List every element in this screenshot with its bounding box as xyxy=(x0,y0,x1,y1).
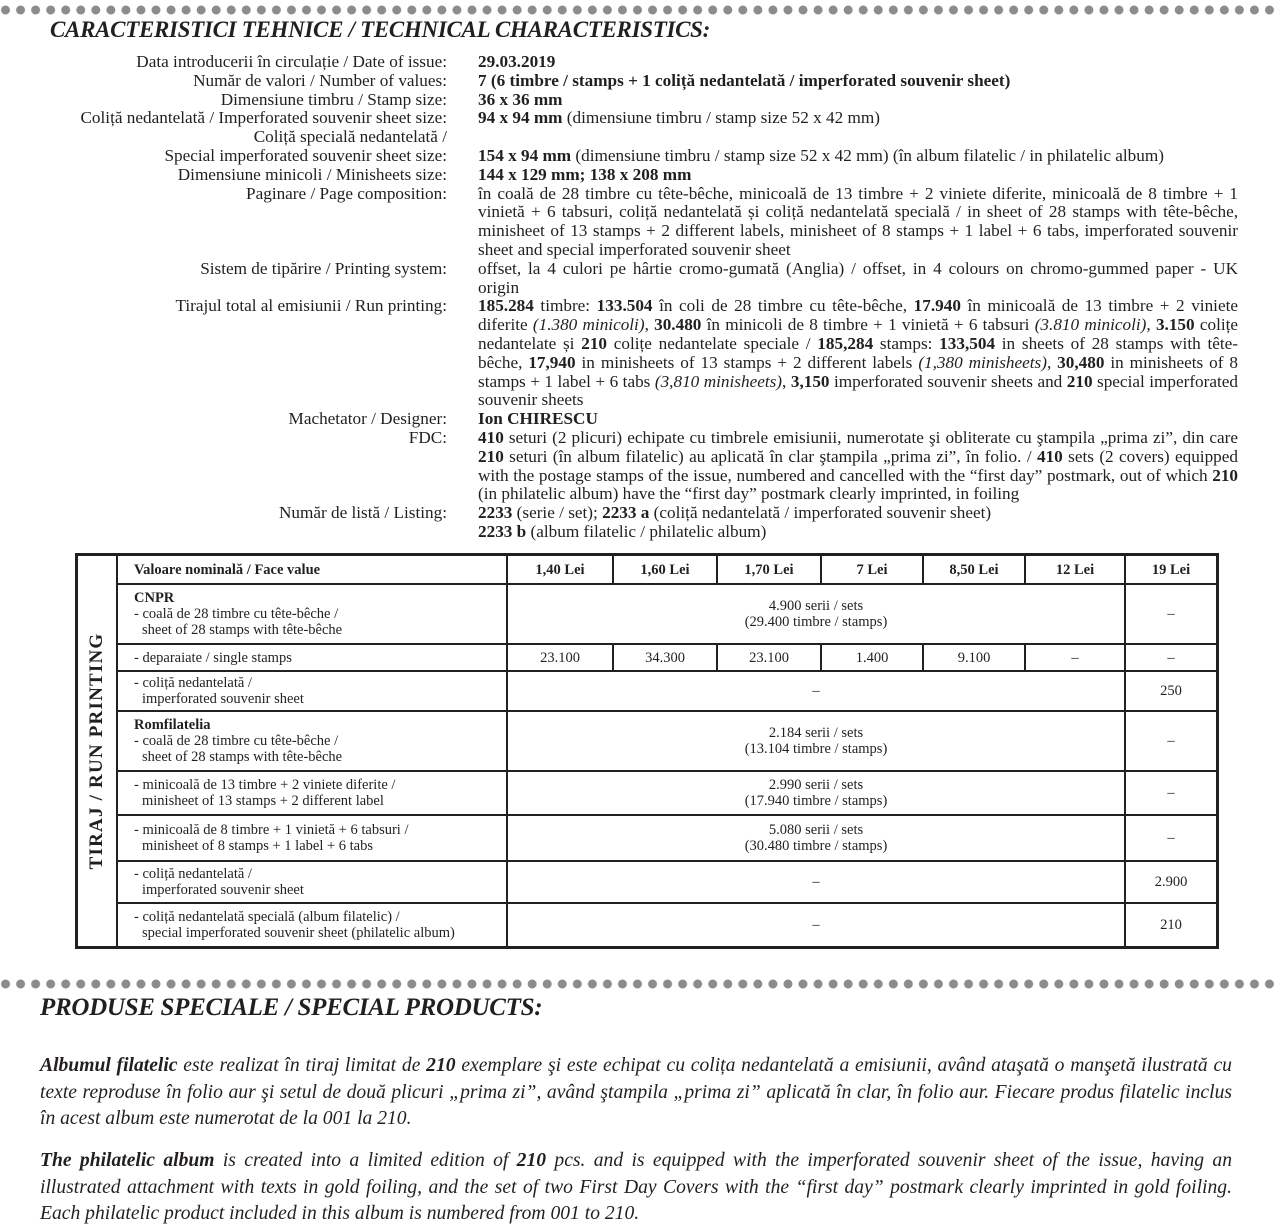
spec-value: în coală de 28 timbre cu tête-bêche, min… xyxy=(478,185,1238,260)
side-label: TIRAJ / RUN PRINTING xyxy=(89,632,105,869)
bold-phrase: 210 xyxy=(426,1055,455,1076)
table-row: - coliță nedantelată /imperforated souve… xyxy=(77,671,1218,711)
row-label-line: minisheet of 8 stamps + 1 label + 6 tabs xyxy=(134,838,506,854)
bold-figure: 410 xyxy=(478,428,504,447)
text-run: in minisheets of 13 stamps + 2 different… xyxy=(576,353,919,372)
spec-fdc: FDC: 410 seturi (2 plicuri) echipate cu … xyxy=(0,429,1280,504)
spec-page-composition: Paginare / Page composition: în coală de… xyxy=(0,185,1280,260)
row-label-line: - coliță nedantelată / xyxy=(134,866,506,882)
text-run: colițe nedantelate speciale / xyxy=(607,334,817,353)
face-value-col: 12 Lei xyxy=(1025,555,1125,585)
bold-figure: 17,940 xyxy=(528,353,575,372)
text-run: seturi (în album filatelic) au aplicată … xyxy=(504,447,1037,466)
bold-figure: 30.480 xyxy=(654,315,701,334)
bold-figure: 410 xyxy=(1037,447,1063,466)
spec-souvenir-sheet-size: Coliță nedantelată / Imperforated souven… xyxy=(0,109,1280,128)
row-description: - minicoală de 13 timbre + 2 viniete dif… xyxy=(117,771,507,815)
text-run: este realizat în tiraj limitat de xyxy=(178,1055,427,1076)
bold-figure: 3,150 xyxy=(791,372,830,391)
spec-value: 410 seturi (2 plicuri) echipate cu timbr… xyxy=(478,429,1238,504)
merged-quantity-cell: 4.900 serii / sets(29.400 timbre / stamp… xyxy=(507,584,1125,644)
quantity-cell: 1.400 xyxy=(821,644,923,671)
spec-label-line: Special imperforated souvenir sheet size… xyxy=(0,147,447,166)
spec-value: Ion CHIRESCU xyxy=(478,410,1238,429)
spec-label: Număr de listă / Listing: xyxy=(0,504,447,542)
face-value-header: Valoare nominală / Face value xyxy=(117,555,507,585)
spec-value: 185.284 timbre: 133.504 în coli de 28 ti… xyxy=(478,297,1238,410)
text-run: (album filatelic / philatelic album) xyxy=(526,522,766,541)
merged-quantity-cell: 2.184 serii / sets(13.104 timbre / stamp… xyxy=(507,711,1125,771)
spec-value: 36 x 36 mm xyxy=(478,91,1238,110)
row-label-line: - minicoală de 13 timbre + 2 viniete dif… xyxy=(134,777,506,793)
row-label-line: imperforated souvenir sheet xyxy=(134,691,506,707)
quantity-line: 4.900 serii / sets xyxy=(508,598,1124,614)
bold-figure: 210 xyxy=(581,334,607,353)
listing-line: 2233 b (album filatelic / philatelic alb… xyxy=(478,523,1238,542)
face-value-col: 19 Lei xyxy=(1125,555,1218,585)
row-description: - coliță nedantelată /imperforated souve… xyxy=(117,671,507,711)
spec-value-rest: (dimensiune timbru / stamp size 52 x 42 … xyxy=(563,108,880,127)
row-label-line: - coală de 28 timbre cu tête-bêche / xyxy=(134,606,506,622)
side-label-cell: TIRAJ / RUN PRINTING xyxy=(77,555,118,948)
bold-figure: 210 xyxy=(1067,372,1093,391)
listing-line: 2233 (serie / set); 2233 a (coliță nedan… xyxy=(478,504,1238,523)
text-run: seturi (2 plicuri) echipate cu timbrele … xyxy=(504,428,1238,447)
row-group-label: CNPR xyxy=(134,590,506,606)
quantity-cell-19-lei: 250 xyxy=(1125,671,1218,711)
face-value-col: 8,50 Lei xyxy=(923,555,1025,585)
quantity-cell-19-lei: – xyxy=(1125,771,1218,815)
row-label-line: - deparaiate / single stamps xyxy=(134,650,506,666)
quantity-cell-19-lei: – xyxy=(1125,711,1218,771)
merged-quantity-cell: 2.990 serii / sets(17.940 timbre / stamp… xyxy=(507,771,1125,815)
quantity-line: 5.080 serii / sets xyxy=(508,822,1124,838)
spec-value: offset, la 4 culori pe hârtie cromo-guma… xyxy=(478,260,1238,298)
bold-phrase: The philatelic album xyxy=(40,1150,215,1171)
quantity-line: (30.480 timbre / stamps) xyxy=(508,838,1124,854)
spec-label: Machetator / Designer: xyxy=(0,410,447,429)
row-description: Romfilatelia- coală de 28 timbre cu tête… xyxy=(117,711,507,771)
row-label-line: - minicoală de 8 timbre + 1 vinietă + 6 … xyxy=(134,822,506,838)
face-value-col: 7 Lei xyxy=(821,555,923,585)
text-run: (in philatelic album) have the “first da… xyxy=(478,484,1019,503)
row-label-line: minisheet of 13 stamps + 2 different lab… xyxy=(134,793,506,809)
italic-note: (1,380 minisheets) xyxy=(918,353,1047,372)
row-label-line: sheet of 28 stamps with tête-bêche xyxy=(134,622,506,638)
merged-quantity-cell: – xyxy=(507,671,1125,711)
table-row: CNPR- coală de 28 timbre cu tête-bêche /… xyxy=(77,584,1218,644)
row-description: - minicoală de 8 timbre + 1 vinietă + 6 … xyxy=(117,815,507,861)
row-label-line: - coliță nedantelată / xyxy=(134,675,506,691)
face-value-col: 1,60 Lei xyxy=(613,555,717,585)
row-description: CNPR- coală de 28 timbre cu tête-bêche /… xyxy=(117,584,507,644)
run-printing-table: TIRAJ / RUN PRINTING Valoare nominală / … xyxy=(75,553,1219,949)
text-run: is created into a limited edition of xyxy=(215,1150,517,1171)
table-row: - minicoală de 8 timbre + 1 vinietă + 6 … xyxy=(77,815,1218,861)
spec-listing: Număr de listă / Listing: 2233 (serie / … xyxy=(0,504,1280,542)
spec-label: Dimensiune minicoli / Minisheets size: xyxy=(0,166,447,185)
face-value-col: 1,70 Lei xyxy=(717,555,821,585)
spec-value: 144 x 129 mm; 138 x 208 mm xyxy=(478,166,1238,185)
spec-minisheets-size: Dimensiune minicoli / Minisheets size: 1… xyxy=(0,166,1280,185)
quantity-line: – xyxy=(508,917,1124,933)
spec-value-rest: (dimensiune timbru / stamp size 52 x 42 … xyxy=(571,146,1164,165)
italic-note: (3.810 minicoli) xyxy=(1035,315,1147,334)
row-label-line: imperforated souvenir sheet xyxy=(134,882,506,898)
bold-phrase: Albumul filatelic xyxy=(40,1055,178,1076)
quantity-cell: – xyxy=(1125,644,1218,671)
special-products-paragraph-ro: Albumul filatelic este realizat în tiraj… xyxy=(40,1053,1232,1133)
spec-label-line: Coliță specială nedantelată / xyxy=(0,128,447,147)
spec-designer: Machetator / Designer: Ion CHIRESCU xyxy=(0,410,1280,429)
text-run: , xyxy=(782,372,791,391)
quantity-line: (13.104 timbre / stamps) xyxy=(508,741,1124,757)
table-row: - coliță nedantelată /imperforated souve… xyxy=(77,861,1218,903)
spec-label: Coliță nedantelată / Imperforated souven… xyxy=(0,109,447,128)
text-run: , xyxy=(1047,353,1057,372)
spec-label: Paginare / Page composition: xyxy=(0,185,447,260)
bold-figure: 2233 xyxy=(478,503,512,522)
quantity-line: – xyxy=(508,874,1124,890)
row-description: - coliță nedantelată specială (album fil… xyxy=(117,903,507,947)
text-run: stamps: xyxy=(873,334,939,353)
technical-characteristics-title: CARACTERISTICI TEHNICE / TECHNICAL CHARA… xyxy=(50,17,710,43)
row-label-line: - coală de 28 timbre cu tête-bêche / xyxy=(134,733,506,749)
spec-special-sheet-size: Coliță specială nedantelată /Special imp… xyxy=(0,128,1280,166)
perforation-divider-top xyxy=(0,4,1280,16)
merged-quantity-cell: 5.080 serii / sets(30.480 timbre / stamp… xyxy=(507,815,1125,861)
spec-label: Data introducerii în circulație / Date o… xyxy=(0,53,447,72)
bold-figure: 133.504 xyxy=(597,296,653,315)
bold-figure: 2233 a xyxy=(602,503,649,522)
perforation-divider-bottom xyxy=(0,978,1280,990)
quantity-cell-19-lei: – xyxy=(1125,584,1218,644)
quantity-cell: – xyxy=(1025,644,1125,671)
bold-figure: 133,504 xyxy=(939,334,995,353)
spec-label: Sistem de tipărire / Printing system: xyxy=(0,260,447,298)
spec-label: Dimensiune timbru / Stamp size: xyxy=(0,91,447,110)
row-group-label: Romfilatelia xyxy=(134,717,506,733)
spec-value: 29.03.2019 xyxy=(478,53,1238,72)
quantity-cell: 9.100 xyxy=(923,644,1025,671)
quantity-line: (29.400 timbre / stamps) xyxy=(508,614,1124,630)
bold-figure: 185.284 xyxy=(478,296,534,315)
spec-value: 2233 (serie / set); 2233 a (coliță nedan… xyxy=(478,504,1238,542)
spec-value: 7 (6 timbre / stamps + 1 coliță nedantel… xyxy=(478,72,1238,91)
spec-stamp-size: Dimensiune timbru / Stamp size: 36 x 36 … xyxy=(0,91,1280,110)
quantity-cell: 23.100 xyxy=(507,644,613,671)
quantity-cell: 34.300 xyxy=(613,644,717,671)
text-run: în minicoli de 8 timbre + 1 vinietă + 6 … xyxy=(701,315,1034,334)
spec-value-bold: 154 x 94 mm xyxy=(478,146,571,165)
row-label-line: sheet of 28 stamps with tête-bêche xyxy=(134,749,506,765)
row-label-line: - coliță nedantelată specială (album fil… xyxy=(134,909,506,925)
merged-quantity-cell: – xyxy=(507,903,1125,947)
table-row: Romfilatelia- coală de 28 timbre cu tête… xyxy=(77,711,1218,771)
quantity-line: – xyxy=(508,683,1124,699)
row-label-line: special imperforated souvenir sheet (phi… xyxy=(134,925,506,941)
spec-run-printing: Tirajul total al emisiunii / Run printin… xyxy=(0,297,1280,410)
bold-figure: 17.940 xyxy=(914,296,961,315)
text-run: (coliță nedantelată / imperforated souve… xyxy=(649,503,991,522)
face-value-col: 1,40 Lei xyxy=(507,555,613,585)
table-row: - coliță nedantelată specială (album fil… xyxy=(77,903,1218,947)
technical-specs: Data introducerii în circulație / Date o… xyxy=(0,53,1280,542)
bold-figure: 185,284 xyxy=(817,334,873,353)
italic-note: (3,810 minisheets) xyxy=(655,372,782,391)
text-run: , xyxy=(1146,315,1156,334)
text-run: în coli de 28 timbre cu tête-bêche, xyxy=(653,296,914,315)
spec-label: Tirajul total al emisiunii / Run printin… xyxy=(0,297,447,410)
quantity-cell-19-lei: – xyxy=(1125,815,1218,861)
quantity-line: (17.940 timbre / stamps) xyxy=(508,793,1124,809)
table-row: - minicoală de 13 timbre + 2 viniete dif… xyxy=(77,771,1218,815)
bold-figure: 3.150 xyxy=(1156,315,1195,334)
spec-number-of-values: Număr de valori / Number of values: 7 (6… xyxy=(0,72,1280,91)
spec-date-of-issue: Data introducerii în circulație / Date o… xyxy=(0,53,1280,72)
bold-figure: 2233 b xyxy=(478,522,526,541)
spec-value: 94 x 94 mm (dimensiune timbru / stamp si… xyxy=(478,109,1238,128)
table-header-row: TIRAJ / RUN PRINTING Valoare nominală / … xyxy=(77,555,1218,585)
quantity-cell-19-lei: 210 xyxy=(1125,903,1218,947)
text-run: , xyxy=(645,315,655,334)
special-products-paragraph-en: The philatelic album is created into a l… xyxy=(40,1148,1232,1228)
spec-value-bold: 94 x 94 mm xyxy=(478,108,563,127)
spec-label: Coliță specială nedantelată /Special imp… xyxy=(0,128,447,166)
row-description: - deparaiate / single stamps xyxy=(117,644,507,671)
bold-figure: 210 xyxy=(478,447,504,466)
bold-figure: 210 xyxy=(1212,466,1238,485)
text-run: timbre: xyxy=(534,296,597,315)
quantity-cell-19-lei: 2.900 xyxy=(1125,861,1218,903)
spec-value: 154 x 94 mm (dimensiune timbru / stamp s… xyxy=(478,147,1238,166)
merged-quantity-cell: – xyxy=(507,861,1125,903)
quantity-line: 2.184 serii / sets xyxy=(508,725,1124,741)
bold-figure: 30,480 xyxy=(1057,353,1104,372)
spec-label: Număr de valori / Number of values: xyxy=(0,72,447,91)
italic-note: (1.380 minicoli) xyxy=(533,315,645,334)
spec-printing-system: Sistem de tipărire / Printing system: of… xyxy=(0,260,1280,298)
text-run: (serie / set); xyxy=(512,503,602,522)
bold-phrase: 210 xyxy=(517,1150,546,1171)
table-row: - deparaiate / single stamps23.10034.300… xyxy=(77,644,1218,671)
quantity-line: 2.990 serii / sets xyxy=(508,777,1124,793)
quantity-cell: 23.100 xyxy=(717,644,821,671)
special-products-title: PRODUSE SPECIALE / SPECIAL PRODUCTS: xyxy=(40,994,542,1022)
text-run: imperforated souvenir sheets and xyxy=(830,372,1067,391)
row-description: - coliță nedantelată /imperforated souve… xyxy=(117,861,507,903)
spec-label: FDC: xyxy=(0,429,447,504)
